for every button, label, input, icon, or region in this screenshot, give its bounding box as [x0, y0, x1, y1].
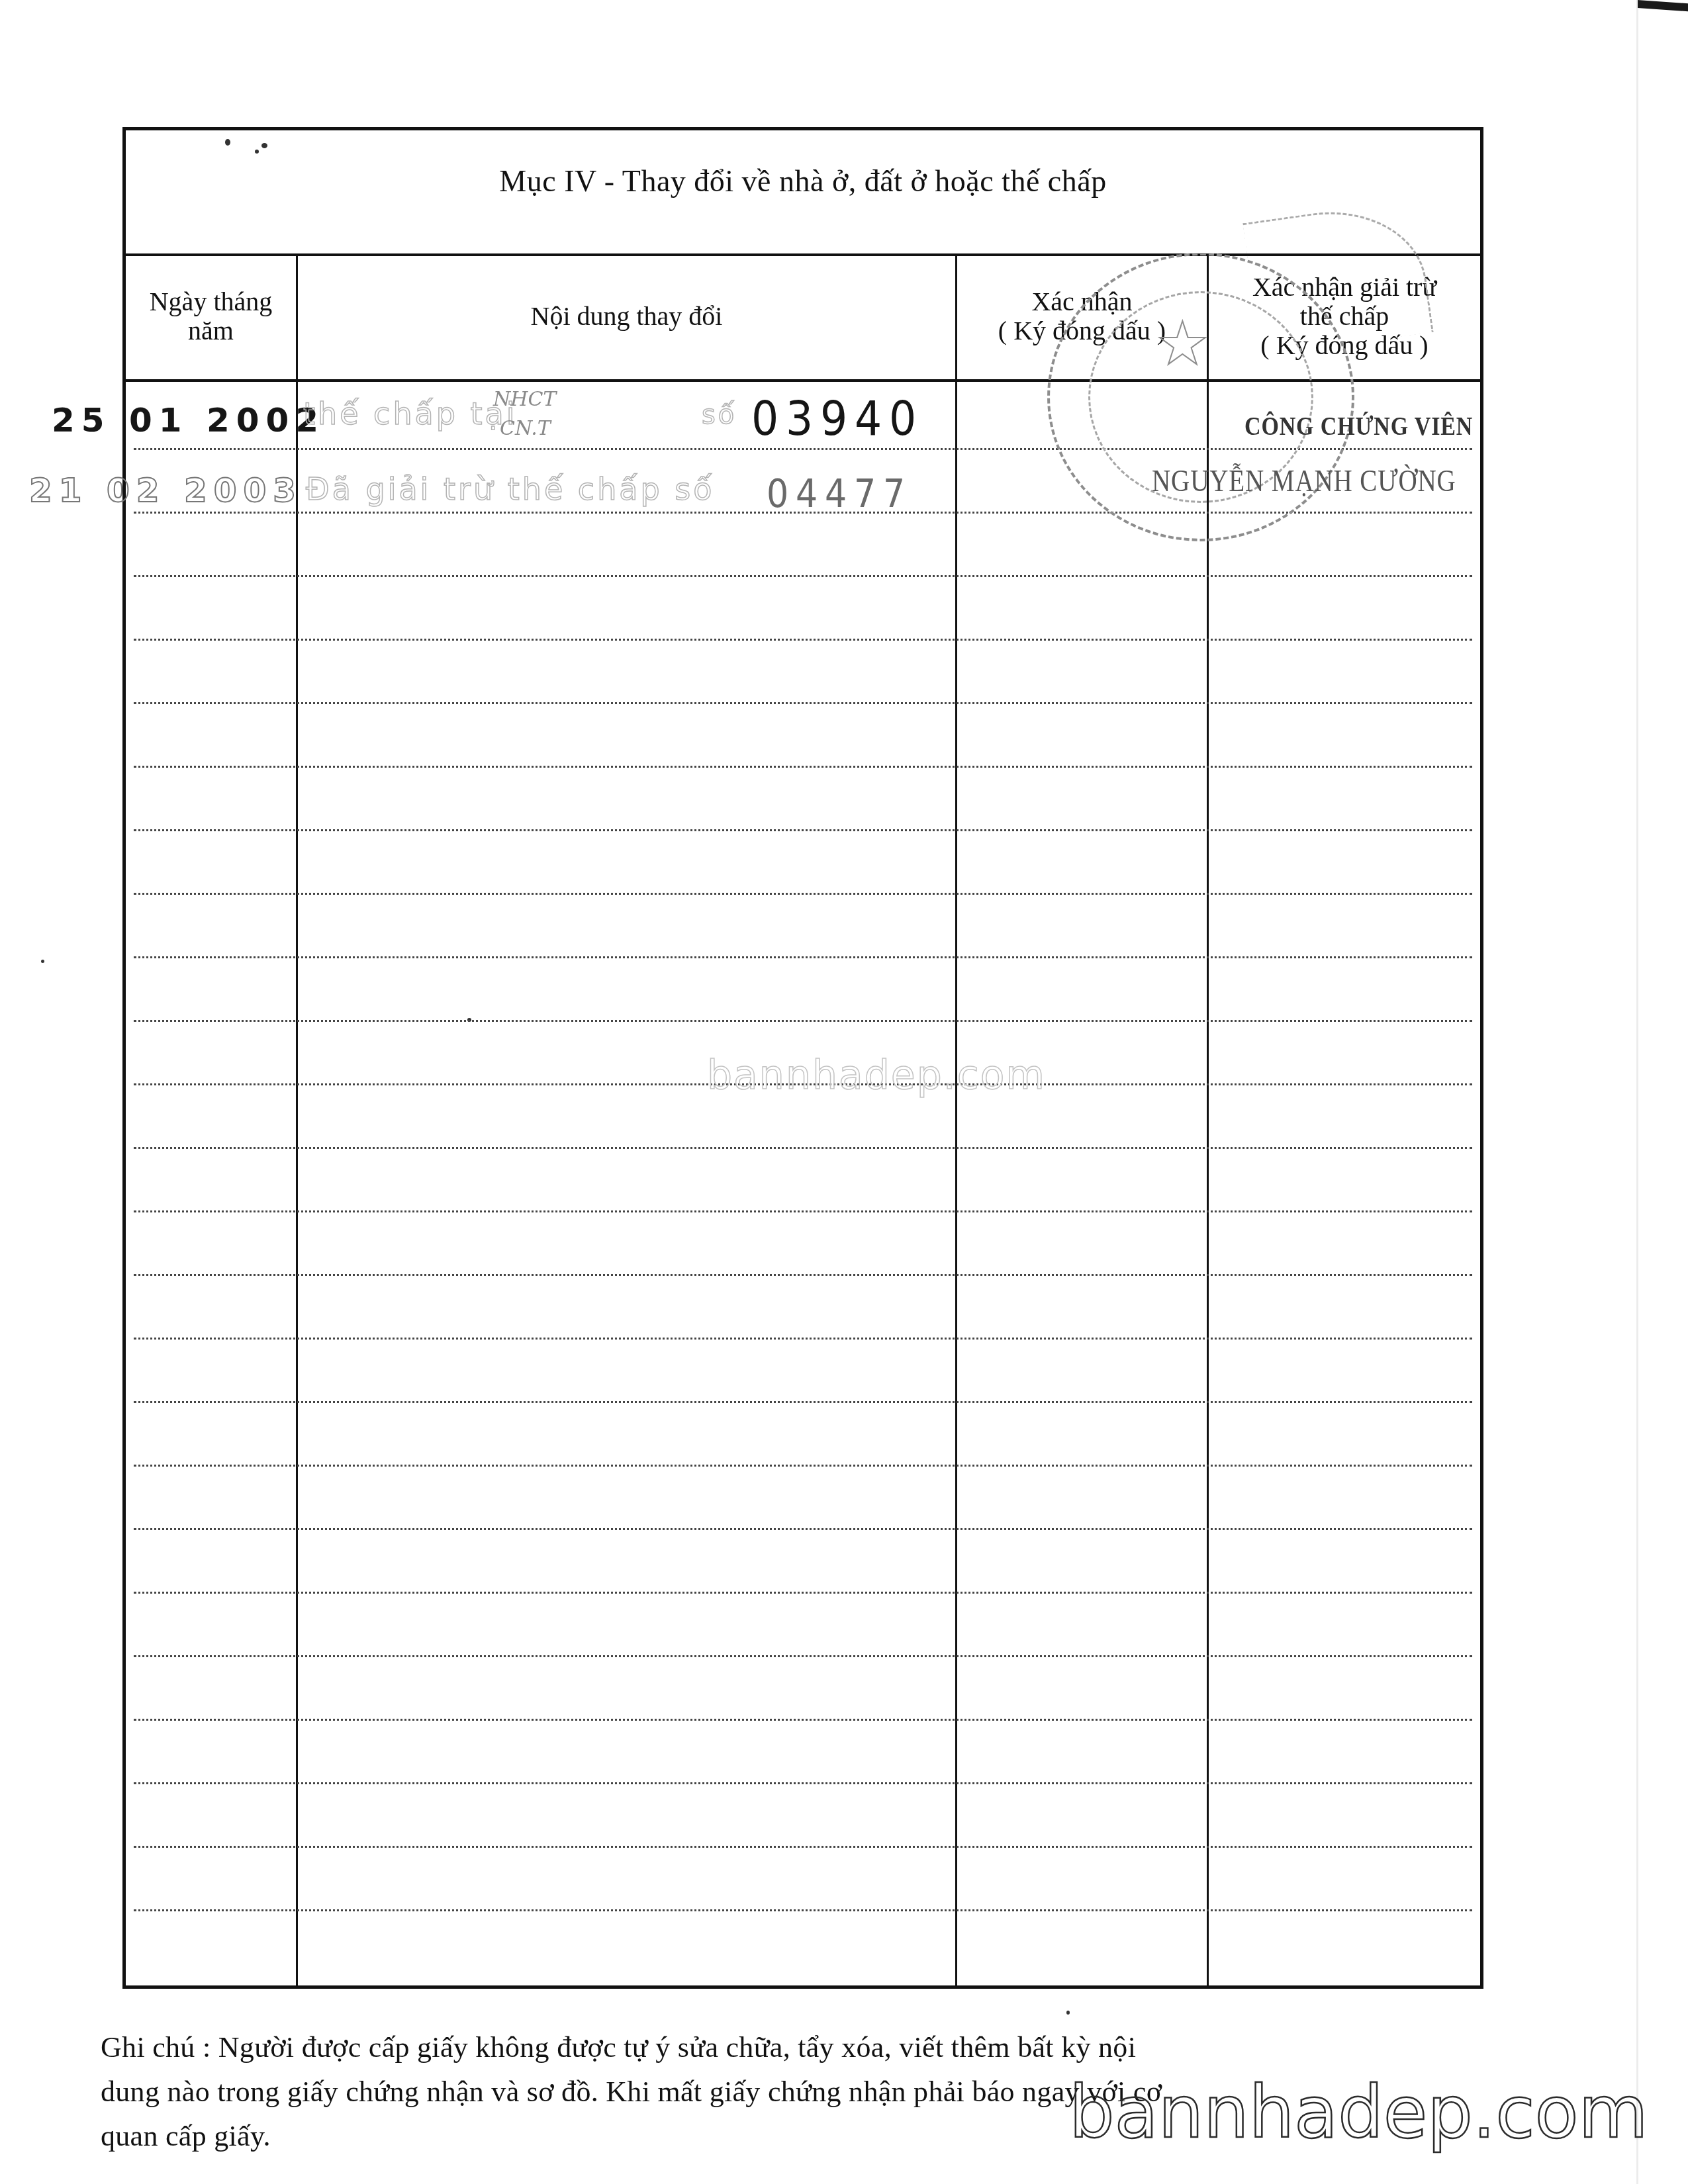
- ruled-dotted-line: [134, 1655, 1472, 1657]
- ruled-dotted-line: [134, 575, 1472, 577]
- ruled-dotted-line: [134, 1719, 1472, 1721]
- ruled-dotted-line: [134, 1401, 1472, 1403]
- header-date: Ngày tháng năm: [126, 253, 296, 379]
- ruled-dotted-line: [134, 702, 1472, 704]
- ruled-dotted-line: [134, 1210, 1472, 1212]
- header-content: Nội dung thay đổi: [298, 253, 955, 379]
- ruled-dotted-line: [134, 956, 1472, 958]
- entry-number-label: số: [702, 400, 737, 430]
- star-emblem-icon: ★: [1156, 315, 1209, 375]
- ruled-dotted-line: [134, 1909, 1472, 1911]
- ruled-dotted-line: [134, 1020, 1472, 1022]
- entry-number: 04477: [767, 471, 912, 516]
- entry-date: 21 02 2003: [29, 471, 303, 510]
- header-date-line2: năm: [150, 316, 273, 345]
- ruled-dotted-line: [134, 893, 1472, 895]
- entry-number: 03940: [751, 390, 923, 446]
- watermark-center: bannhadep.com: [707, 1052, 1046, 1099]
- ruled-dotted-line: [134, 1465, 1472, 1467]
- ruled-dotted-line: [134, 1274, 1472, 1276]
- scan-corner-mark: [1638, 0, 1688, 11]
- ruled-dotted-line: [134, 829, 1472, 831]
- footnote-line: Ghi chú : Người được cấp giấy không được…: [101, 2025, 1491, 2070]
- handwritten-note: NHCT: [493, 388, 556, 411]
- notary-title: CÔNG CHỨNG VIÊN: [1244, 410, 1473, 441]
- watermark-corner: bannhadep.com: [1069, 2071, 1648, 2154]
- section-title: Mục IV - Thay đổi về nhà ở, đất ở hoặc t…: [126, 163, 1480, 199]
- ruled-dotted-line: [134, 1147, 1472, 1149]
- entry-date: 25 01 2002: [52, 401, 325, 439]
- header-date-line1: Ngày tháng: [150, 287, 273, 316]
- ruled-dotted-line: [134, 1338, 1472, 1340]
- entry-content: thế chấp tại: [303, 396, 518, 432]
- handwritten-note: CN.T: [500, 417, 551, 440]
- ruled-dotted-line: [134, 766, 1472, 768]
- ruled-dotted-line: [134, 1782, 1472, 1784]
- ruled-dotted-line: [134, 1846, 1472, 1848]
- ruled-dotted-line: [134, 639, 1472, 641]
- table-body: [126, 379, 1480, 1985]
- header-content-label: Nội dung thay đổi: [531, 302, 723, 331]
- ink-speck: [1066, 2011, 1070, 2015]
- scan-page-edge: [1636, 0, 1638, 2184]
- entry-content: Đã giải trừ thế chấp số: [306, 471, 714, 507]
- ruled-dotted-line: [134, 1528, 1472, 1530]
- notary-name: NGUYỄN MẠNH CƯỜNG: [1152, 463, 1456, 498]
- ruled-dotted-line: [134, 1592, 1472, 1594]
- ink-speck: [41, 960, 44, 963]
